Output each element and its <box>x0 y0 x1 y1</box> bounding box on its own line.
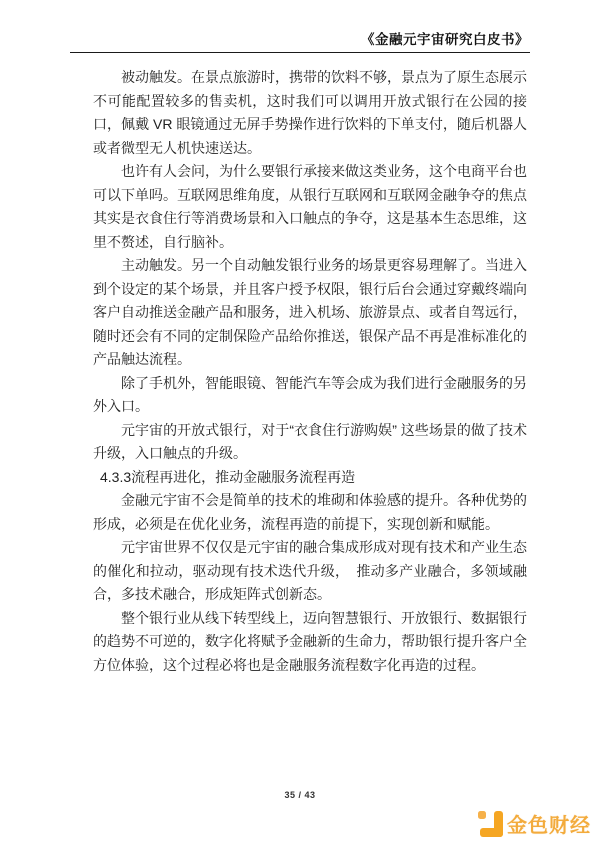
page-number: 35 / 43 <box>0 790 600 800</box>
paragraph: 金融元宇宙不会是简单的技术的堆砌和体验感的提升。各种优势的形成，必须是在优化业务… <box>93 489 527 536</box>
paragraph: 除了手机外，智能眼镜、智能汽车等会成为我们进行金融服务的另外入口。 <box>93 372 527 419</box>
paragraph: 主动触发。另一个自动触发银行业务的场景更容易理解了。当进入到个设定的某个场景，并… <box>93 254 527 372</box>
jinse-logo-icon <box>478 811 503 837</box>
section-heading-4-3-3: 4.3.3流程再进化，推动金融服务流程再造 <box>93 466 527 490</box>
jinse-logo-horizontal-bar <box>480 828 503 837</box>
document-title: 《金融元宇宙研究白皮书》 <box>361 28 530 52</box>
jinse-logo-text: 金色财经 <box>507 809 591 838</box>
paragraph: 整个银行业从线下转型线上，迈向智慧银行、开放银行、数据银行的趋势不可逆的，数字化… <box>93 607 527 678</box>
paragraph: 元宇宙世界不仅仅是元宇宙的融合集成形成对现有技术和产业生态的催化和拉动，驱动现有… <box>93 536 527 607</box>
paragraph: 元宇宙的开放式银行，对于“衣食住行游购娱” 这些场景的做了技术升级，入口触点的升… <box>93 419 527 466</box>
jinse-finance-logo: 金色财经 <box>478 809 591 838</box>
paragraph: 也许有人会问，为什么要银行承接来做这类业务，这个电商平台也可以下单吗。互联网思维… <box>93 160 527 254</box>
paragraph: 被动触发。在景点旅游时，携带的饮料不够，景点为了原生态展示不可能配置较多的售卖机… <box>93 66 527 160</box>
jinse-logo-dot <box>478 811 486 819</box>
page-header: 《金融元宇宙研究白皮书》 <box>70 0 530 53</box>
document-body: 被动触发。在景点旅游时，携带的饮料不够，景点为了原生态展示不可能配置较多的售卖机… <box>93 66 527 677</box>
document-page: 《金融元宇宙研究白皮书》 被动触发。在景点旅游时，携带的饮料不够，景点为了原生态… <box>0 0 600 848</box>
